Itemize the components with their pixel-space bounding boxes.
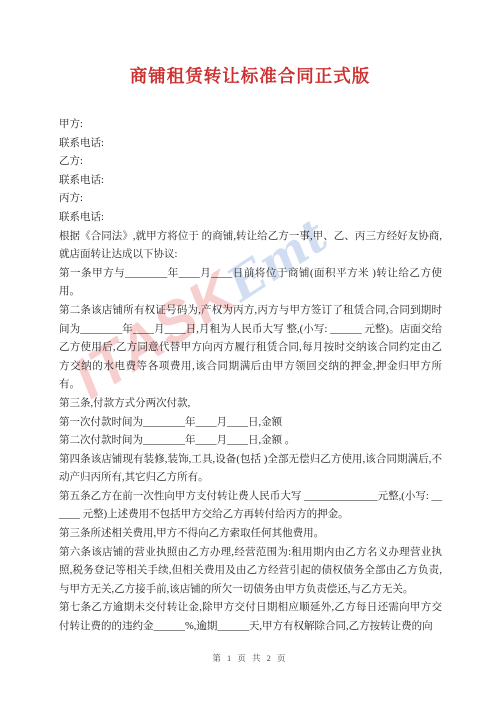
clause-5-paragraph: 第五条乙方在前一次性向甲方支付转让费人民币大写 ______________元整… xyxy=(59,488,442,525)
payment-1-line: 第一次付款时间为________年____月____日,金额 xyxy=(59,414,442,433)
clause-7-paragraph: 第七条乙方逾期未交付转让金,除甲方交付日期相应顺延外,乙方每日还需向甲方交付转让… xyxy=(59,599,442,636)
party-b-phone-line: 联系电话: xyxy=(59,172,442,191)
contract-body: 甲方: 联系电话: 乙方: 联系电话: 丙方: 联系电话: 根据《合同法》,就甲… xyxy=(59,116,442,637)
preamble-paragraph: 根据《合同法》,就甲方将位于 的商铺,转让给乙方一事,甲、乙、丙三方经好友协商,… xyxy=(59,228,442,265)
clause-1-paragraph: 第一条甲方与________年____月____日前将位于商铺(面积平方米 )转… xyxy=(59,265,442,302)
clause-2-paragraph: 第二条该店铺所有权证号码为,产权为丙方,丙方与甲方签订了租赁合同,合同到期时间为… xyxy=(59,302,442,395)
document-title: 商铺租赁转让标准合同正式版 xyxy=(0,63,500,88)
party-a-line: 甲方: xyxy=(59,116,442,135)
payment-2-line: 第二次付款时间为________年____月____日,金额 。 xyxy=(59,432,442,451)
party-c-phone-line: 联系电话: xyxy=(59,209,442,228)
party-c-line: 丙方: xyxy=(59,190,442,209)
party-a-phone-line: 联系电话: xyxy=(59,135,442,154)
clause-3-paragraph: 第三条,付款方式分两次付款, xyxy=(59,395,442,414)
clause-3-fees-line: 第三条所述相关费用,甲方不得向乙方索取任何其他费用。 xyxy=(59,525,442,544)
contract-document-page: ITASKEmt 商铺租赁转让标准合同正式版 甲方: 联系电话: 乙方: 联系电… xyxy=(0,0,500,706)
clause-6-paragraph: 第六条该店铺的营业执照由乙方办理,经营范围为:租用期内由乙方名义办理营业执照,税… xyxy=(59,544,442,600)
party-b-line: 乙方: xyxy=(59,153,442,172)
page-number: 第 1 页 共 2 页 xyxy=(0,652,500,664)
clause-4-paragraph: 第四条该店铺现有装修,装饰,工具,设备(包括 )全部无偿归乙方使用,该合同期满后… xyxy=(59,451,442,488)
